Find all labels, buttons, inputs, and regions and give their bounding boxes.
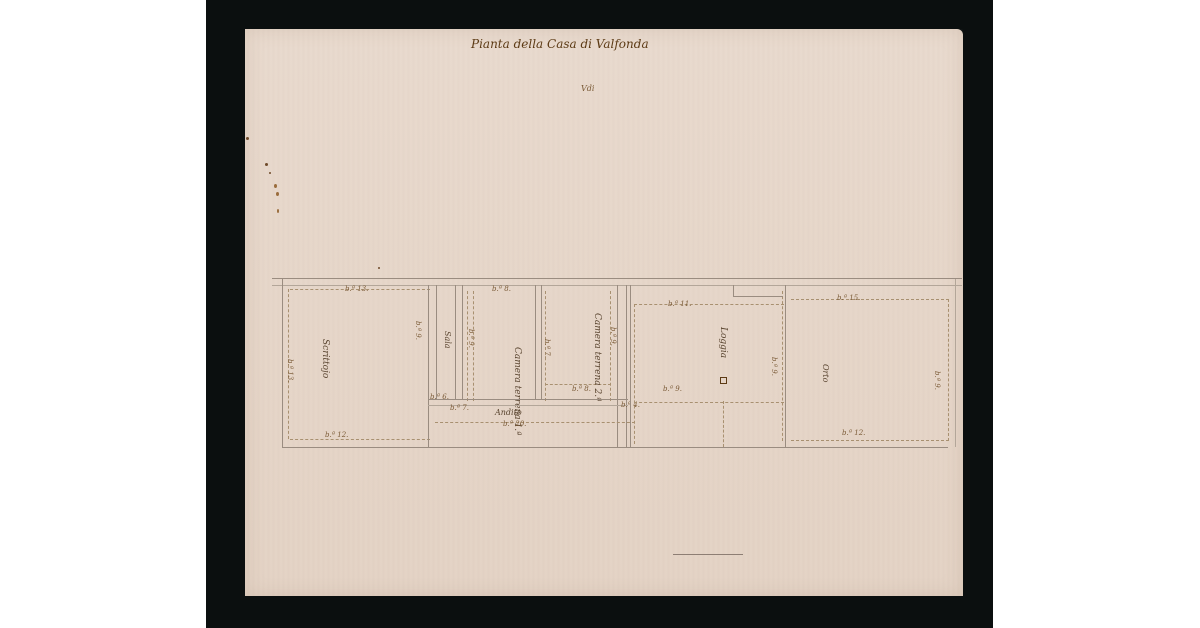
scrittoio-bottom-dash <box>290 439 430 440</box>
annotation-top-small-2: b.ª 7. <box>450 404 469 412</box>
loggia-left-wall <box>630 285 631 447</box>
building-bottom-line <box>282 447 948 448</box>
sala-inner-right <box>455 285 456 399</box>
ink-stain <box>378 267 380 269</box>
loggia-upper-wall <box>733 296 783 297</box>
andito-middle-dash <box>435 422 635 423</box>
dim-loggia-bottom: b.ª 9. <box>663 385 682 393</box>
orto-bottom-dash <box>791 440 949 441</box>
dim-scrittoio-top: b.ª 13. <box>345 285 368 293</box>
sala-right-wall <box>462 285 463 399</box>
ink-stain <box>276 192 279 196</box>
column-marker <box>720 377 727 384</box>
ink-stain <box>274 184 277 188</box>
scale-bar <box>673 554 743 555</box>
ink-stain <box>246 137 249 140</box>
ink-stain <box>269 172 271 174</box>
sala-inner-left <box>436 285 437 399</box>
camera1-left-dash <box>473 291 474 401</box>
room-label-sala: Sala <box>443 331 452 349</box>
dim-camera1-top: b.ª 8. <box>492 285 511 293</box>
dim-andito-length: b.ª 20. <box>503 420 526 428</box>
manuscript-sheet: Pianta della Casa di Valfonda Vdi b.ª 13… <box>245 29 963 596</box>
loggia-inner-dash <box>723 401 724 447</box>
building-top-line <box>272 278 962 279</box>
dim-loggia-right: b.ª 9. <box>770 357 778 376</box>
room-label-loggia: Loggia <box>718 327 728 358</box>
sala-left-wall <box>428 285 429 447</box>
room-label-scrittoio: Scrittojo <box>320 339 330 378</box>
subtitle-mark: Vdi <box>581 84 594 93</box>
annotation-top-small-1: b.ª 6. <box>430 393 449 401</box>
dim-loggia-top: b.ª 11. <box>668 300 691 308</box>
dim-orto-bottom: b.ª 12. <box>842 429 865 437</box>
loggia-left-dash <box>634 304 635 444</box>
loggia-right-dash <box>782 291 783 441</box>
building-left-line <box>282 279 283 447</box>
loggia-bottom-dash <box>634 402 784 403</box>
orto-right-dash <box>948 299 949 441</box>
loggia-corner-wall <box>733 285 734 297</box>
orto-left-wall <box>785 285 786 447</box>
dim-scrittoio-bottom: b.ª 12. <box>325 431 348 439</box>
dim-scrittoio-right: b.ª 9. <box>414 321 422 340</box>
dim-orto-right: b.ª 9. <box>933 371 941 390</box>
camera2-right-dash <box>610 291 611 401</box>
room-label-camera-terrena-2: Camera terrena 2.ª <box>592 313 602 401</box>
loggia-top-dash <box>634 304 784 305</box>
camera1-right-wall-2 <box>541 285 542 399</box>
dim-orto-top: b.ª 15. <box>837 294 860 302</box>
ink-stain <box>277 209 279 213</box>
orto-top-dash <box>791 299 949 300</box>
ink-stain <box>265 163 268 166</box>
room-label-orto: Orto <box>821 364 830 382</box>
dim-camera2-bottom: b.ª 8. <box>572 385 591 393</box>
dim-camera2-left: b.ª 7. <box>543 339 551 358</box>
camera1-right-wall <box>535 285 536 399</box>
orto-right-wall <box>955 279 956 447</box>
plan-title: Pianta della Casa di Valfonda <box>471 37 649 51</box>
dim-camera2-right: b.ª 9. <box>609 327 617 346</box>
dim-scrittoio-left: b.ª 13. <box>286 359 294 382</box>
andito-top-wall <box>428 399 628 400</box>
room-label-andito: Andito <box>495 408 522 417</box>
